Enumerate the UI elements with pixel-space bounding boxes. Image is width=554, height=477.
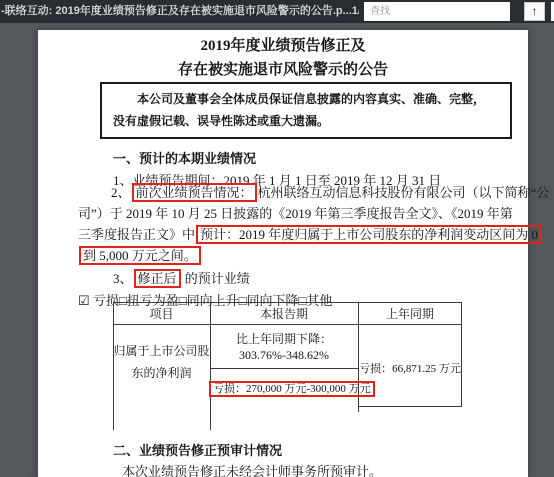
viewer-titlebar: -联络互动: 2019年度业绩预告修正及存在被实施退市风险警示的公告.p...1… — [0, 0, 554, 23]
paragraph-line: 司”）于 2019 年 10 月 25 日披露的《2019 年第三季度报告全文》… — [78, 203, 513, 224]
find-input[interactable] — [364, 2, 510, 21]
paragraph-line: 到 5,000 万元之间。 — [78, 245, 513, 266]
table-header-item: 项目 — [113, 305, 210, 322]
current-period-loss-cell: 亏损：270,000 万元-300,000 万元 — [208, 380, 360, 396]
item2-line3-text: 三季度报告正文》中 — [78, 227, 195, 242]
board-guarantee-notice-box: 本公司及董事会全体成员保证信息披露的内容真实、准确、完整， 没有虚假记载、误导性… — [100, 82, 512, 139]
paragraph-line: 三季度报告正文》中预计：2019 年度归属于上市公司股东的净利润变动区间为 0 — [78, 224, 513, 245]
forecast-table: 项目 本报告期 上年同期 归属于上市公司股 东的净利润 比上年同期下降： 303… — [113, 302, 462, 430]
table-header-current: 本报告期 — [210, 305, 358, 322]
table-header-divider — [113, 324, 462, 325]
red-annotation-box: 修正后 — [134, 269, 181, 288]
notice-line2: 没有虚假记载、误导性陈述或重大遗漏。 — [113, 110, 499, 132]
document-title-line1: 2019年度业绩预告修正及 — [38, 34, 528, 55]
find-previous-button[interactable]: ↑ — [524, 2, 545, 21]
audit-statement-line: 本次业绩预告修正未经会计师事务所预审计。 — [122, 461, 382, 477]
item3-number: 3、 — [113, 271, 133, 286]
item3-rest: 的预计业绩 — [185, 271, 250, 286]
red-annotation-box: 前次业绩预告情况： — [132, 183, 257, 202]
table-row-item-line2: 东的净利润 — [113, 364, 210, 381]
table-bottom-right-segment — [358, 406, 462, 407]
red-annotation-box: 亏损：270,000 万元-300,000 万元 — [209, 381, 375, 397]
paragraph-line: 2、前次业绩预告情况：杭州联络互动信息科技股份有限公司（以下简称“公 — [78, 182, 513, 203]
item2-line1-text: 杭州联络互动信息科技股份有限公司（以下简称“公 — [258, 185, 550, 200]
notice-line1: 本公司及董事会全体成员保证信息披露的内容真实、准确、完整， — [113, 88, 499, 110]
table-mid-divider — [210, 368, 358, 369]
table-border-top — [113, 302, 462, 303]
table-row-item-line1: 归属于上市公司股 — [113, 342, 210, 359]
document-page: 2019年度业绩预告修正及 存在被实施退市风险警示的公告 本公司及董事会全体成员… — [38, 30, 528, 477]
section2-heading: 二、业绩预告修正预审计情况 — [113, 440, 282, 459]
section1-heading: 一、预计的本期业绩情况 — [113, 148, 256, 167]
red-annotation-box: 预计：2019 年度归属于上市公司股东的净利润变动区间为 0 — [196, 225, 542, 244]
document-title-line2: 存在被实施退市风险警示的公告 — [38, 58, 528, 79]
item2-number: 2、 — [111, 185, 131, 200]
current-period-decline-range: 303.76%-348.62% — [210, 348, 358, 363]
current-period-decline-label: 比上年同期下降： — [210, 330, 358, 347]
prior-period-loss-cell: 亏损：66,871.25 万元 — [356, 360, 464, 376]
item2-line2-text: 司”）于 2019 年 10 月 25 日披露的《2019 年第三季度报告全文》… — [78, 206, 513, 221]
previous-forecast-paragraph: 2、前次业绩预告情况：杭州联络互动信息科技股份有限公司（以下简称“公 司”）于 … — [78, 182, 513, 266]
table-header-prior: 上年同期 — [358, 305, 462, 322]
window-title: -联络互动: 2019年度业绩预告修正及存在被实施退市风险警示的公告.p...1… — [1, 0, 359, 23]
red-annotation-box: 到 5,000 万元之间。 — [79, 246, 201, 265]
revised-forecast-line: 3、修正后 的预计业绩 — [113, 268, 250, 287]
